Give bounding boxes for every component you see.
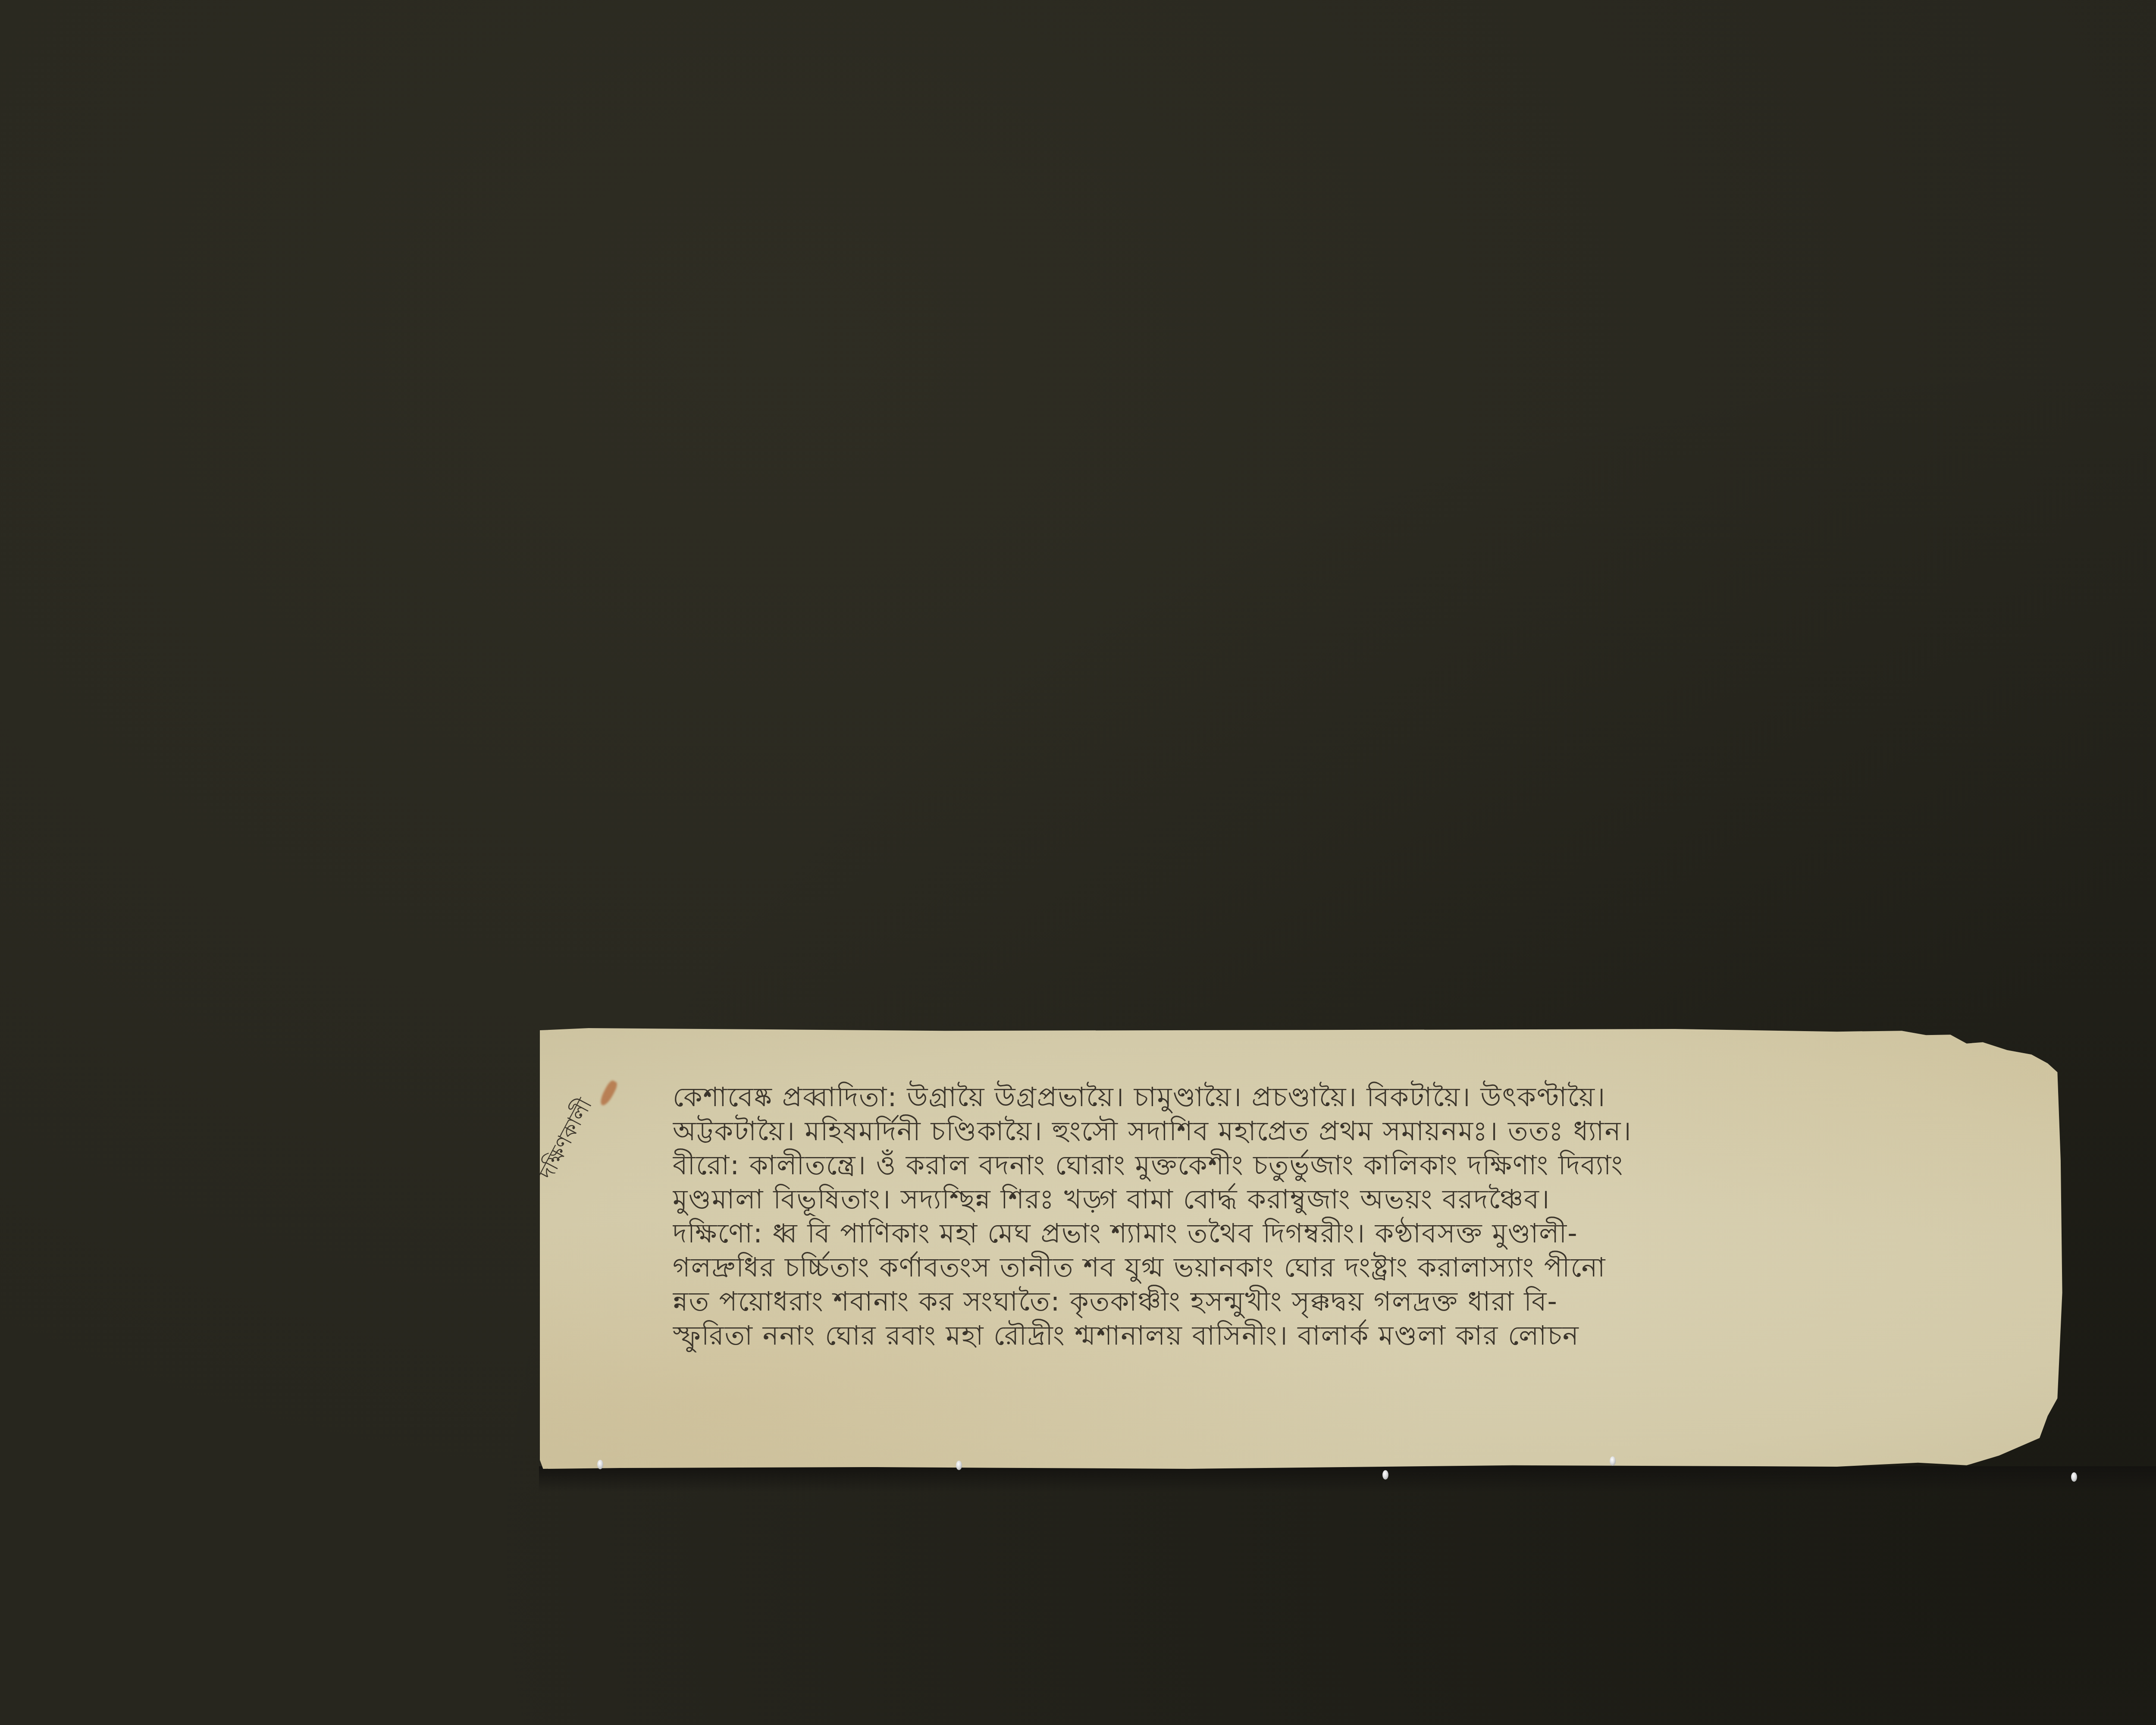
pin-icon: [2071, 1472, 2077, 1482]
pin-icon: [1382, 1470, 1388, 1480]
pin-icon: [956, 1461, 962, 1470]
text-line-6: গলদ্রুধির চর্চ্চিতাং কর্ণাবতংস তানীত শব …: [673, 1250, 2061, 1284]
red-ink-stain: [598, 1079, 619, 1107]
text-line-3: বীরো: কালীতন্ত্রে। ওঁ করাল বদনাং ঘোরাং ম…: [673, 1148, 2061, 1182]
text-line-1: কেশাবেষ্ক প্রব্বাদিতা: উগ্রায়ৈ উগ্রপ্রভ…: [673, 1080, 2061, 1114]
pin-icon: [1610, 1456, 1616, 1466]
pin-icon: [597, 1460, 603, 1469]
text-line-7: ন্নত পয়োধরাং শবানাং কর সংঘাতৈ: কৃতকাঞ্চ…: [673, 1284, 2061, 1318]
text-line-4: মুণ্ডমালা বিভূষিতাং। সদ্যশ্ছিন্ন শিরঃ খড…: [673, 1182, 2061, 1216]
paper-shadow: [539, 1466, 2156, 1492]
margin-note: দক্ষিণকালী: [531, 1093, 602, 1186]
manuscript-leaf: দক্ষিণকালী কেশাবেষ্ক প্রব্বাদিতা: উগ্রায…: [540, 1028, 2156, 1469]
manuscript-text: কেশাবেষ্ক প্রব্বাদিতা: উগ্রায়ৈ উগ্রপ্রভ…: [673, 1080, 2061, 1352]
text-line-5: দক্ষিণো: ধ্ব বি পাণিকাং মহা মেঘ প্রভাং শ…: [673, 1216, 2061, 1250]
text-line-2: অট্টকটায়ৈ। মহিষমর্দিনী চণ্ডিকায়ৈ। হুংস…: [673, 1114, 2061, 1148]
text-line-8: স্ফুরিতা ননাং ঘোর রবাং মহা রৌদ্রীং শ্মশা…: [673, 1318, 2061, 1352]
